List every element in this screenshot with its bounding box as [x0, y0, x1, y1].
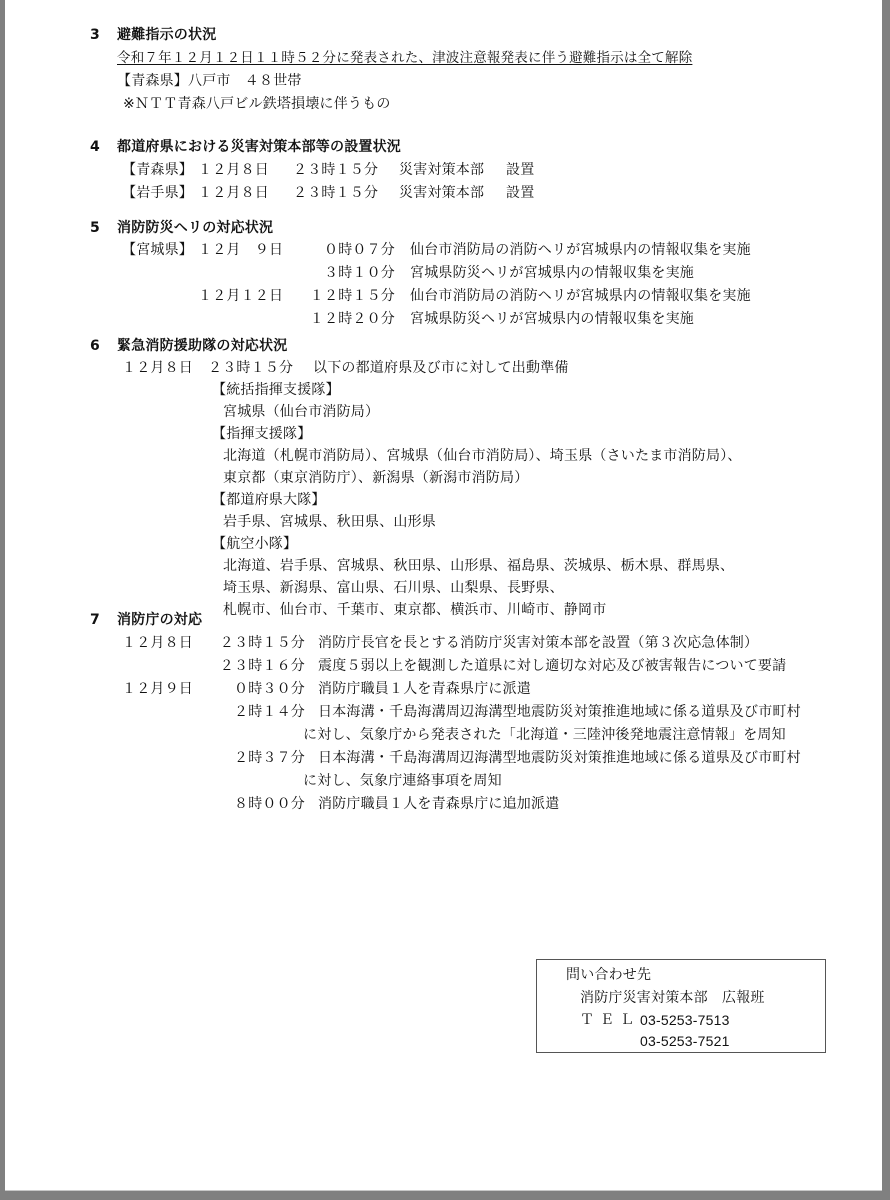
erf-group-label: 【都道府県大隊】 — [212, 491, 326, 509]
fdma-date: １２月９日 — [122, 680, 193, 698]
contact-tel-label: ＴＥＬ — [580, 1011, 640, 1029]
erf-group-line: 北海道（札幌市消防局）、宮城県（仙台市消防局）、埼玉県（さいたま市消防局）、 — [223, 447, 742, 465]
heli-date: １２月 ９日 — [198, 241, 283, 259]
evacuation-lifted-notice: 令和７年１２月１２日１１時５２分に発表された、津波注意報発表に伴う避難指示は全て… — [117, 49, 692, 67]
erf-group-line: 岩手県、宮城県、秋田県、山形県 — [223, 513, 436, 531]
fdma-text: 消防庁職員１人を青森県庁に派遣 — [318, 680, 531, 698]
contact-tel-1: 03-5253-7513 — [640, 1011, 730, 1029]
heli-text: 仙台市消防局の消防ヘリが宮城県内の情報収集を実施 — [410, 241, 751, 259]
hq-pref: 【岩手県】 — [122, 184, 193, 202]
heli-text: 仙台市消防局の消防ヘリが宮城県内の情報収集を実施 — [410, 287, 751, 305]
heli-time: １２時１５分 — [295, 287, 395, 305]
section-5-title: 消防防災ヘリの対応状況 — [117, 219, 273, 237]
hq-status: 設置 — [506, 184, 534, 202]
hq-date: １２月８日 — [198, 161, 269, 179]
fdma-time: ２３時１６分 — [205, 657, 305, 675]
erf-group-label: 【統括指揮支援隊】 — [212, 381, 340, 399]
erf-time: ２３時１５分 — [208, 359, 293, 377]
hq-org: 災害対策本部 — [399, 184, 484, 202]
fdma-text: 消防庁長官を長とする消防庁災害対策本部を設置（第３次応急体制） — [318, 634, 758, 652]
section-7-title: 消防庁の対応 — [117, 611, 202, 629]
section-6-number: 6 — [90, 337, 100, 355]
section-3-title: 避難指示の状況 — [117, 26, 216, 44]
hq-time: ２３時１５分 — [293, 161, 378, 179]
contact-box: 問い合わせ先 消防庁災害対策本部 広報班 ＴＥＬ 03-5253-7513 03… — [536, 959, 826, 1053]
contact-title: 問い合わせ先 — [566, 966, 651, 984]
heli-text: 宮城県防災ヘリが宮城県内の情報収集を実施 — [410, 310, 694, 328]
section-6-title: 緊急消防援助隊の対応状況 — [117, 337, 287, 355]
heli-pref: 【宮城県】 — [122, 241, 193, 259]
fdma-time: ０時３０分 — [205, 680, 305, 698]
contact-tel-2: 03-5253-7521 — [640, 1032, 730, 1050]
fdma-text-cont: に対し、気象庁から発表された「北海道・三陸沖後発地震注意情報」を周知 — [303, 726, 786, 744]
hq-date: １２月８日 — [198, 184, 269, 202]
section-3-number: 3 — [90, 26, 100, 44]
erf-group-line: 埼玉県、新潟県、富山県、石川県、山梨県、長野県、 — [223, 579, 564, 597]
heli-time: １２時２０分 — [295, 310, 395, 328]
fdma-text: 日本海溝・千島海溝周辺海溝型地震防災対策推進地域に係る道県及び市町村 — [318, 749, 801, 767]
hq-org: 災害対策本部 — [399, 161, 484, 179]
erf-group-label: 【指揮支援隊】 — [212, 425, 311, 443]
contact-department: 消防庁災害対策本部 広報班 — [580, 989, 765, 1007]
fdma-time: ２時１４分 — [205, 703, 305, 721]
fdma-text: 日本海溝・千島海溝周辺海溝型地震防災対策推進地域に係る道県及び市町村 — [318, 703, 801, 721]
erf-group-label: 【航空小隊】 — [212, 535, 297, 553]
section-4-number: 4 — [90, 138, 100, 156]
heli-text: 宮城県防災ヘリが宮城県内の情報収集を実施 — [410, 264, 694, 282]
document-page: 3 避難指示の状況 令和７年１２月１２日１１時５２分に発表された、津波注意報発表… — [5, 0, 882, 1191]
fdma-date: １２月８日 — [122, 634, 193, 652]
heli-date: １２月１２日 — [198, 287, 283, 305]
fdma-text: 震度５弱以上を観測した道県に対し適切な対応及び被害報告について要請 — [318, 657, 786, 675]
evacuation-household-line: 【青森県】八戸市 ４８世帯 — [117, 72, 302, 90]
section-4-title: 都道府県における災害対策本部等の設置状況 — [117, 138, 401, 156]
erf-group-line: 札幌市、仙台市、千葉市、東京都、横浜市、川崎市、静岡市 — [223, 601, 606, 619]
erf-group-line: 東京都（東京消防庁）、新潟県（新潟市消防局） — [223, 469, 528, 487]
evacuation-note: ※ＮＴＴ青森八戸ビル鉄塔損壊に伴うもの — [123, 95, 391, 113]
section-5-number: 5 — [90, 219, 100, 237]
heli-time: ０時０７分 — [295, 241, 395, 259]
erf-group-line: 宮城県（仙台市消防局） — [223, 403, 379, 421]
fdma-text-cont: に対し、気象庁連絡事項を周知 — [303, 772, 502, 790]
fdma-time: ８時００分 — [205, 795, 305, 813]
erf-summary: 以下の都道府県及び市に対して出動準備 — [313, 359, 569, 377]
erf-date: １２月８日 — [122, 359, 193, 377]
fdma-time: ２３時１５分 — [205, 634, 305, 652]
section-7-number: 7 — [90, 611, 100, 629]
hq-pref: 【青森県】 — [122, 161, 193, 179]
fdma-time: ２時３７分 — [205, 749, 305, 767]
erf-group-line: 北海道、岩手県、宮城県、秋田県、山形県、福島県、茨城県、栃木県、群馬県、 — [223, 557, 734, 575]
heli-time: ３時１０分 — [295, 264, 395, 282]
hq-status: 設置 — [506, 161, 534, 179]
fdma-text: 消防庁職員１人を青森県庁に追加派遣 — [318, 795, 559, 813]
hq-time: ２３時１５分 — [293, 184, 378, 202]
